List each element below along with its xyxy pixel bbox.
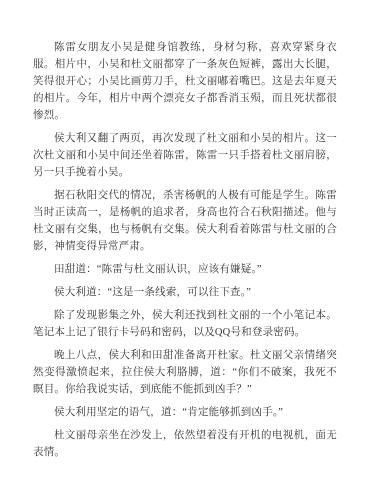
paragraph: 据石秋阳交代的情况，杀害杨帆的人极有可能是学生。陈雷当时正读高一，是杨帆的追求者… [33,187,337,255]
paragraph: 杜文丽母亲坐在沙发上，依然望着没有开机的电视机，面无表情。 [33,427,337,461]
paragraph: 陈雷女朋友小吴是健身馆教练，身材匀称，喜欢穿紧身衣服。相片中，小吴和杜文丽都穿了… [33,39,337,124]
paragraph: 晚上八点，侯大利和田甜准备离开杜家。杜文丽父亲情绪突然变得激愤起来，拉住侯大利胳… [33,347,337,398]
paragraph-dialogue: 田甜道：“陈雷与杜文丽认识，应该有嫌疑。” [33,261,337,278]
paragraph: 侯大利又翻了两页，再次发现了杜文丽和小吴的相片。这一次杜文丽和小吴中间还坐着陈雷… [33,130,337,181]
paragraph: 除了发现影集之外，侯大利还找到杜文丽的一个小笔记本。笔记本上记了银行卡号码和密码… [33,307,337,341]
reader-page: 陈雷女朋友小吴是健身馆教练，身材匀称，喜欢穿紧身衣服。相片中，小吴和杜文丽都穿了… [0,0,370,480]
paragraph-dialogue: 侯大利道：“这是一条线索，可以往下查。” [33,284,337,301]
paragraph-dialogue: 侯大利用坚定的语气，道：“肯定能够抓到凶手。” [33,404,337,421]
